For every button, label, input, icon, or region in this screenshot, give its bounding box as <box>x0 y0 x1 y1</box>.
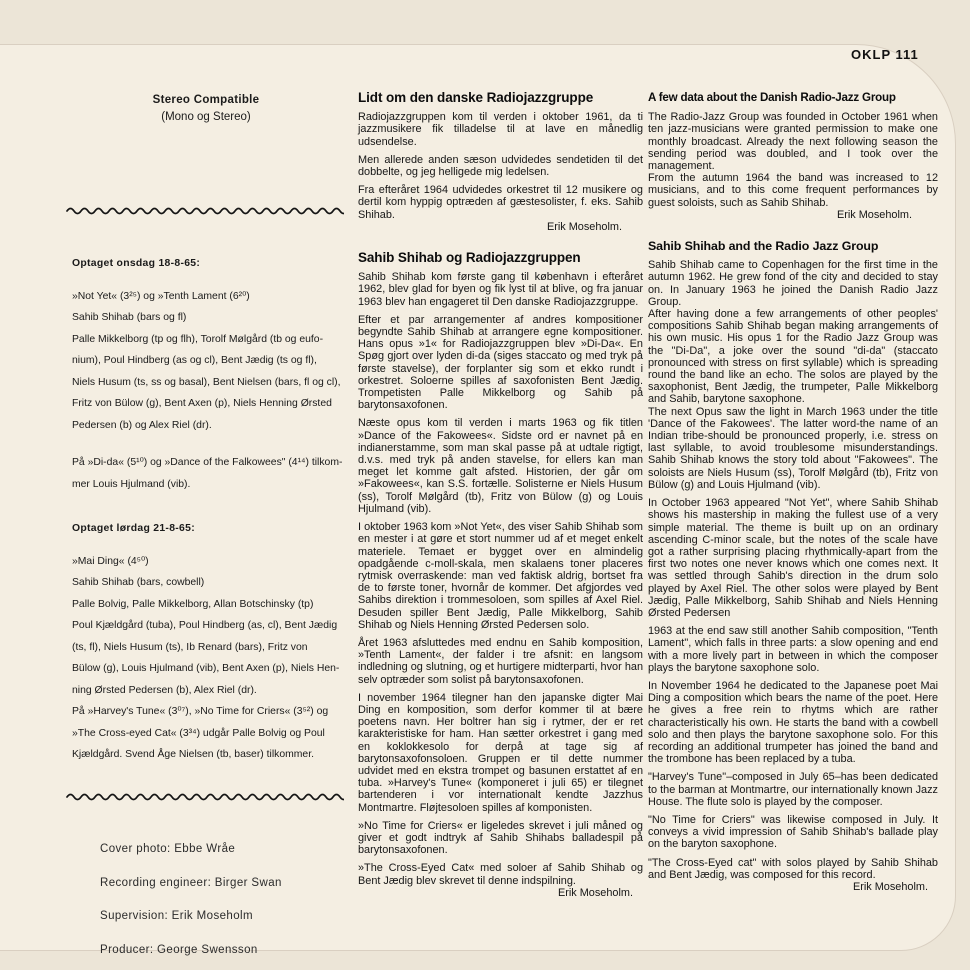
credit-recording-engineer: Recording engineer: Birger Swan <box>100 867 282 901</box>
danish-intro-paragraph: Radiojazzgruppen kom til verden i oktobe… <box>358 111 643 148</box>
danish-notes-paragraph: »The Cross-Eyed Cat« med soloer af Sahib… <box>358 862 643 886</box>
english-notes-paragraph: "No Time for Criers" was likewise compos… <box>648 814 938 851</box>
danish-notes-paragraph: »No Time for Criers« er ligeledes skreve… <box>358 820 643 857</box>
english-notes-signature: Erik Moseholm. <box>648 881 938 893</box>
danish-intro-title: Lidt om den danske Radiojazzgruppe <box>358 92 643 104</box>
english-notes-paragraph: "The Cross-Eyed cat" with solos played b… <box>648 857 938 881</box>
recording-session-saturday: Optaget lørdag 21-8-65: »Mai Ding« (4⁵⁰)… <box>72 518 356 766</box>
credit-producer: Producer: George Swensson <box>100 934 282 968</box>
recording-session-wednesday: Optaget onsdag 18-8-65: »Not Yet« (3²⁵) … <box>72 253 356 495</box>
english-notes-paragraph: The next Opus saw the light in March 196… <box>648 406 938 491</box>
wavy-divider-bottom <box>66 791 344 803</box>
english-notes-paragraph: In November 1964 he dedicated to the Jap… <box>648 680 938 765</box>
danish-notes-paragraph: Sahib Shihab kom første gang til københa… <box>358 271 643 308</box>
session1-personnel: »Not Yet« (3²⁵) og »Tenth Lament (6²⁰) S… <box>72 286 356 437</box>
danish-notes-paragraph: I oktober 1963 kom »Not Yet«, des viser … <box>358 521 643 631</box>
stereo-compatible-label: Stereo Compatible <box>60 92 352 109</box>
english-intro-signature: Erik Moseholm. <box>648 209 938 221</box>
english-intro-title: A few data about the Danish Radio-Jazz G… <box>648 92 938 104</box>
english-intro-paragraph: From the autumn 1964 the band was increa… <box>648 172 938 209</box>
english-liner-notes-column: A few data about the Danish Radio-Jazz G… <box>648 92 938 895</box>
english-notes-paragraph: After having done a few arrangements of … <box>648 308 938 406</box>
danish-notes-paragraph: I november 1964 tilegner han den japansk… <box>358 692 643 814</box>
album-back-cover: OKLP 111 Stereo Compatible (Mono og Ster… <box>0 0 970 970</box>
session2-personnel: »Mai Ding« (4⁵⁰) Sahib Shihab (bars, cow… <box>72 551 356 766</box>
session1-heading: Optaget onsdag 18-8-65: <box>72 253 356 275</box>
credit-supervision: Supervision: Erik Moseholm <box>100 900 282 934</box>
danish-notes-paragraph: Året 1963 afsluttedes med endnu en Sahib… <box>358 637 643 686</box>
danish-main-title: Sahib Shihab og Radiojazzgruppen <box>358 252 643 264</box>
english-notes-paragraph: Sahib Shihab came to Copenhagen for the … <box>648 259 938 308</box>
stereo-label-block: Stereo Compatible (Mono og Stereo) <box>60 92 352 126</box>
danish-intro-paragraph: Fra efteråret 1964 udvidedes orkestret t… <box>358 184 643 221</box>
production-credits: Cover photo: Ebbe Wråe Recording enginee… <box>100 833 282 967</box>
danish-intro-signature: Erik Moseholm. <box>358 221 643 233</box>
session2-heading: Optaget lørdag 21-8-65: <box>72 518 356 540</box>
danish-notes-paragraph: Efter et par arrangementer af andres kom… <box>358 314 643 412</box>
danish-intro-paragraph: Men allerede anden sæson udvidedes sende… <box>358 154 643 178</box>
wavy-divider-top <box>66 205 344 217</box>
english-intro-paragraph: The Radio-Jazz Group was founded in Octo… <box>648 111 938 172</box>
english-notes-paragraph: 1963 at the end saw still another Sahib … <box>648 625 938 674</box>
english-main-title: Sahib Shihab and the Radio Jazz Group <box>648 240 938 252</box>
danish-liner-notes-column: Lidt om den danske Radiojazzgruppe Radio… <box>358 92 643 901</box>
danish-notes-paragraph: Næste opus kom til verden i marts 1963 o… <box>358 417 643 515</box>
session1-addendum: På »Di-da« (5¹⁰) og »Dance of the Falkow… <box>72 452 356 495</box>
credit-cover-photo: Cover photo: Ebbe Wråe <box>100 833 282 867</box>
mono-stereo-label: (Mono og Stereo) <box>60 109 352 126</box>
danish-notes-signature: Erik Moseholm. <box>358 887 643 899</box>
english-notes-paragraph: "Harvey's Tune"–composed in July 65–has … <box>648 771 938 808</box>
english-notes-paragraph: In October 1963 appeared "Not Yet", wher… <box>648 497 938 619</box>
catalog-number: OKLP 111 <box>851 47 919 62</box>
